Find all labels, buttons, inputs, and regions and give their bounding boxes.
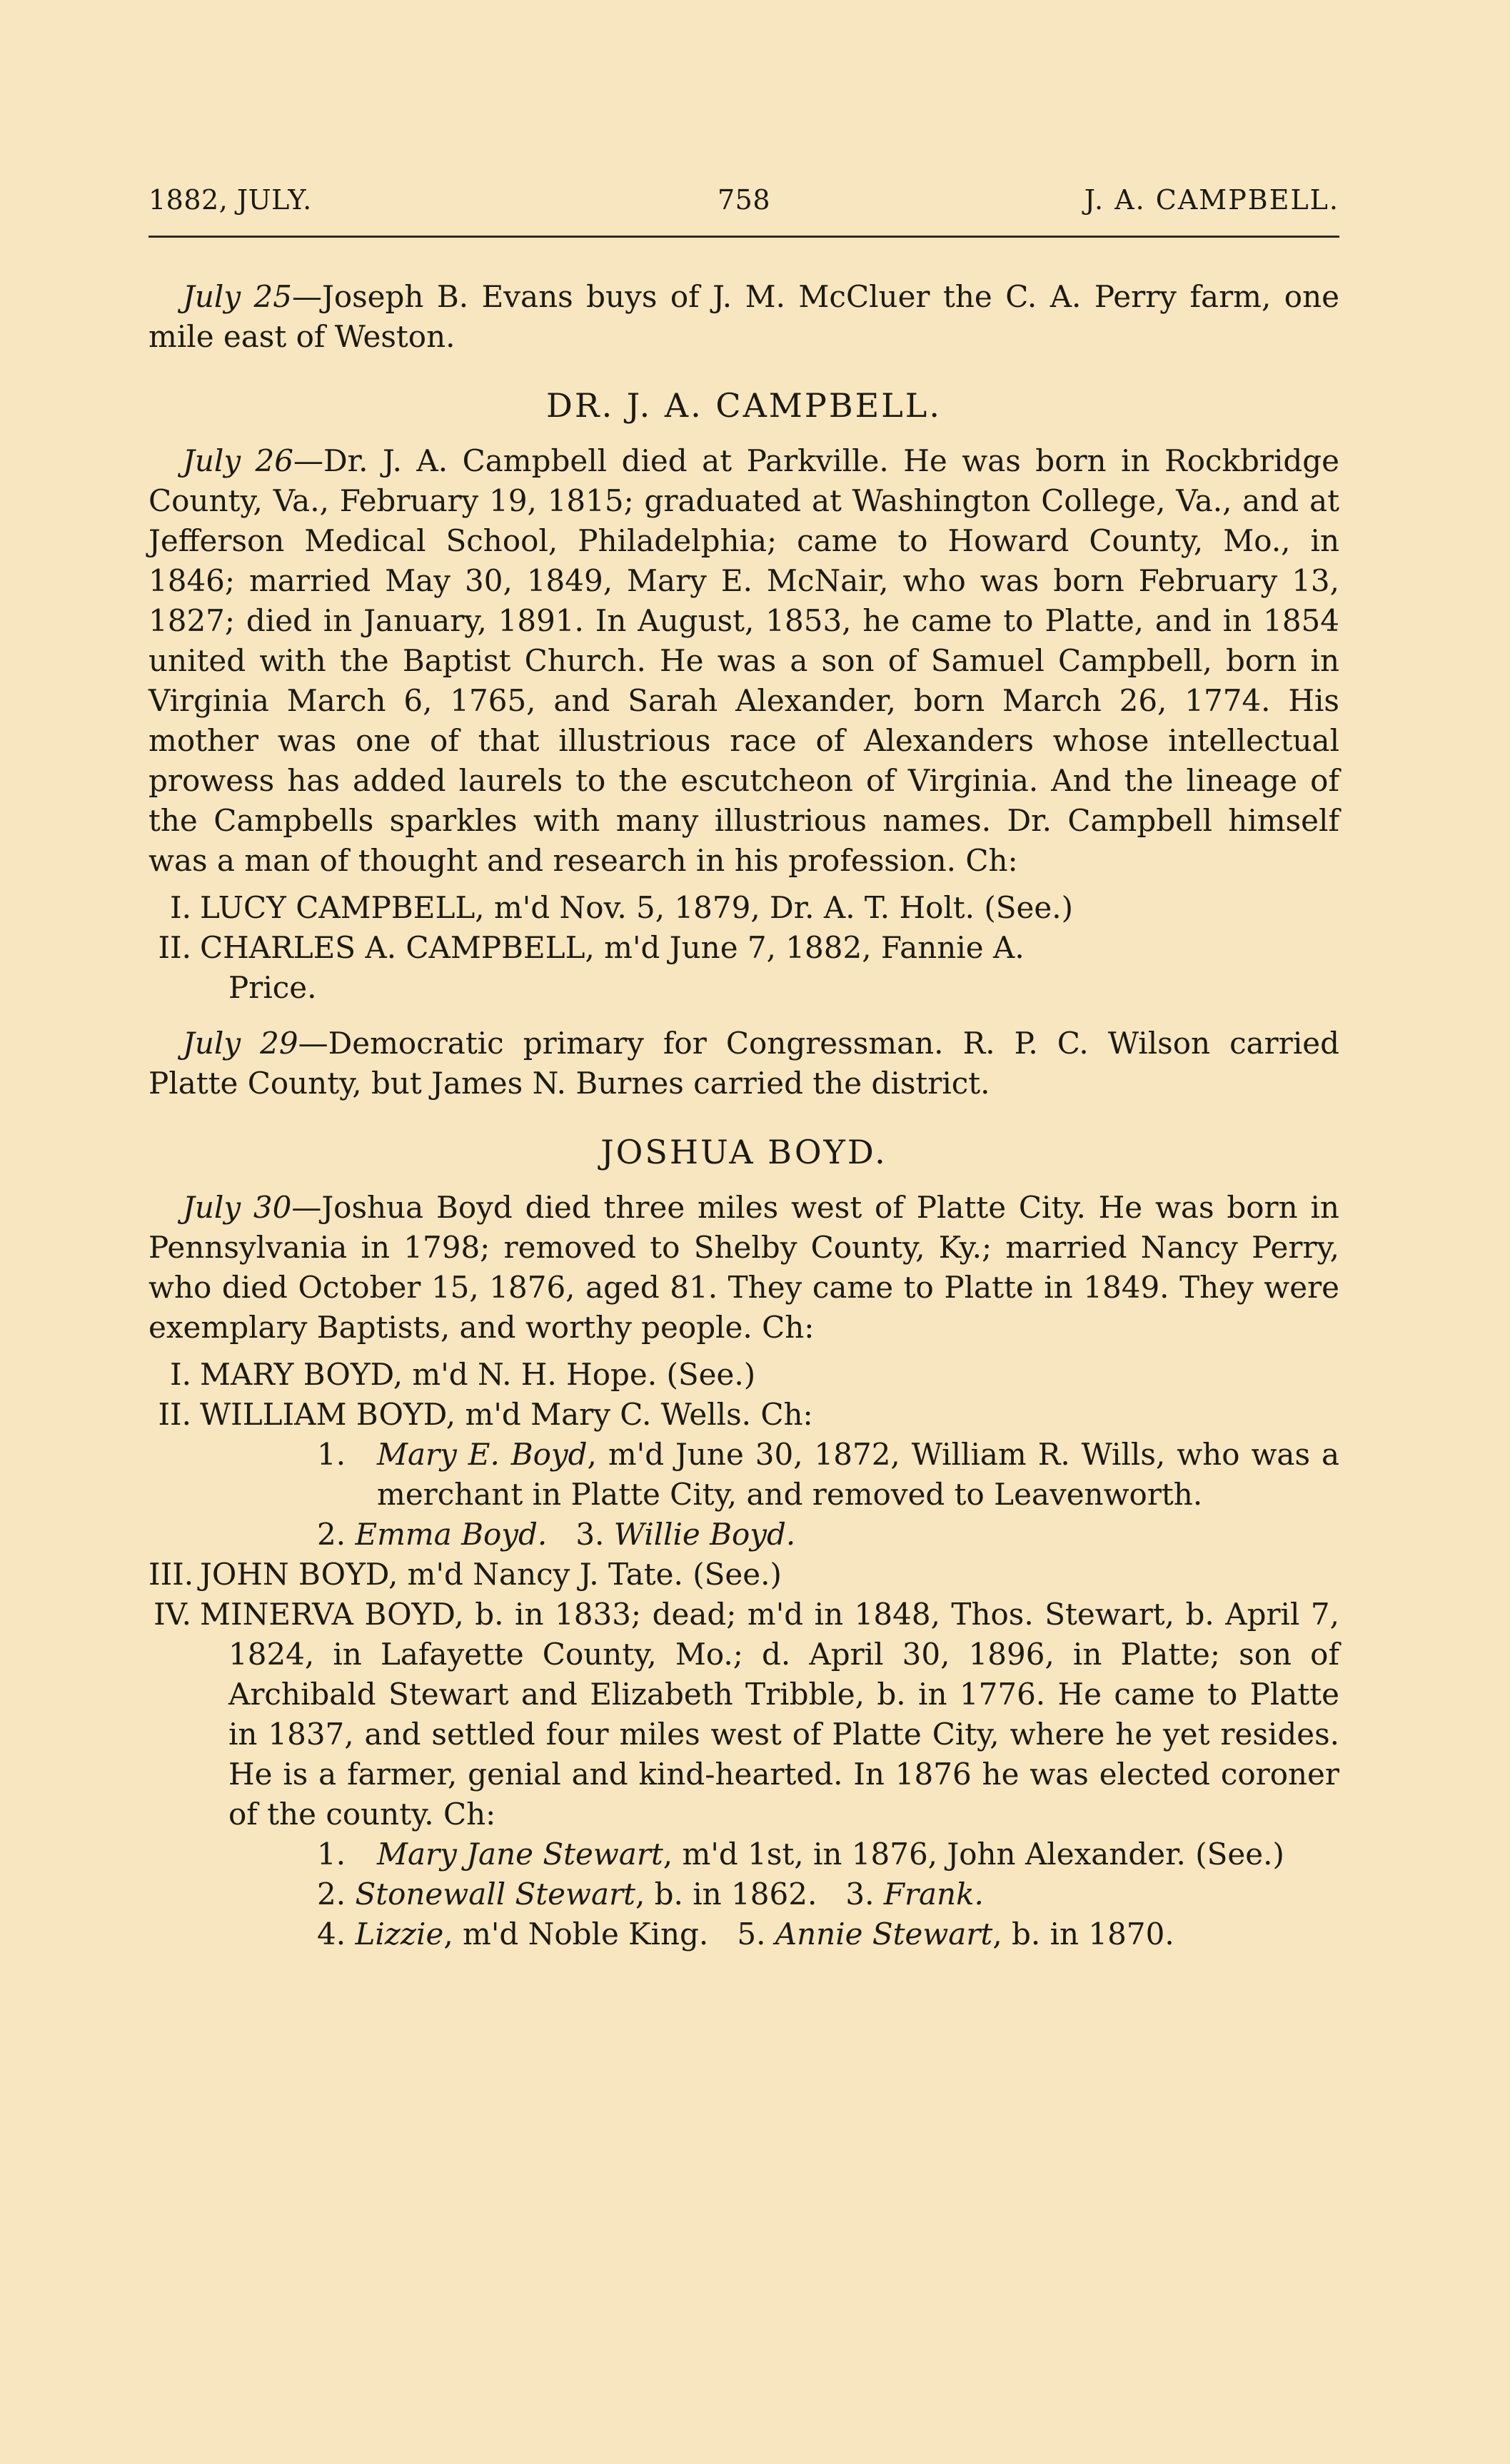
child-text: LUCY CAMPBELL, m'd Nov. 5, 1879, Dr. A. … — [200, 890, 1073, 925]
entry-text: —Democratic primary for Congressman. R. … — [149, 1026, 1339, 1101]
grandchild-text: , m'd 1st, in 1876, John Alexander. (See… — [663, 1837, 1284, 1872]
child-text: MARY BOYD, m'd N. H. Hope. (See.) — [200, 1357, 755, 1392]
page-body: July 25—Joseph B. Evans buys of J. M. Mc… — [149, 277, 1339, 1954]
section-heading-boyd: JOSHUA BOYD. — [149, 1132, 1339, 1172]
entry-date: July 25 — [183, 279, 292, 314]
grandchild-name: Mary Jane Stewart — [377, 1837, 663, 1872]
grandchild-text: , m'd Noble King. — [443, 1917, 708, 1951]
grandchild-name: Annie Stewart — [775, 1917, 993, 1951]
roman-numeral: IV. — [149, 1595, 191, 1635]
grandchild-text: , b. in 1870. — [992, 1917, 1174, 1951]
grandchild-entry-line: 2. Emma Boyd. 3. Willie Boyd. — [149, 1515, 1339, 1555]
grandchild-entry-line: 2. Stonewall Stewart, b. in 1862. 3. Fra… — [149, 1874, 1339, 1914]
child-text: WILLIAM BOYD, m'd Mary C. Wells. Ch: — [200, 1397, 813, 1432]
child-entry: I.LUCY CAMPBELL, m'd Nov. 5, 1879, Dr. A… — [149, 888, 1339, 928]
entry-text: —Dr. J. A. Campbell died at Parkville. H… — [149, 443, 1339, 878]
entry-date: July 26 — [183, 443, 293, 478]
grandchild-name: Mary E. Boyd — [377, 1437, 588, 1472]
list-number: 3. — [575, 1517, 604, 1552]
running-head: 1882, JULY. 758 J. A. CAMPBELL. — [149, 184, 1339, 227]
entry-july-25: July 25—Joseph B. Evans buys of J. M. Mc… — [149, 277, 1339, 357]
entry-date: July 30 — [183, 1190, 291, 1225]
running-head-subject: J. A. CAMPBELL. — [1084, 184, 1339, 216]
roman-numeral: II. — [149, 1395, 191, 1435]
grandchild-entry: 1.Mary Jane Stewart, m'd 1st, in 1876, J… — [149, 1834, 1339, 1874]
list-number: 2. — [317, 1517, 346, 1552]
grandchild-name: Lizzie — [355, 1917, 443, 1951]
grandchild-name: Emma Boyd. — [355, 1517, 547, 1552]
child-entry-continuation: Price. — [149, 968, 1339, 1008]
child-entry: I.MARY BOYD, m'd N. H. Hope. (See.) — [149, 1355, 1339, 1395]
section-heading-campbell: DR. J. A. CAMPBELL. — [149, 385, 1339, 425]
list-number: 5. — [737, 1917, 765, 1951]
entry-july-26: July 26—Dr. J. A. Campbell died at Parkv… — [149, 441, 1339, 881]
list-number: 2. — [317, 1877, 346, 1912]
entry-text: —Joseph B. Evans buys of J. M. McCluer t… — [149, 279, 1339, 354]
child-entry: II.CHARLES A. CAMPBELL, m'd June 7, 1882… — [149, 928, 1339, 968]
entry-july-30: July 30—Joshua Boyd died three miles wes… — [149, 1188, 1339, 1348]
entry-july-29: July 29—Democratic primary for Congressm… — [149, 1024, 1339, 1104]
child-entry: II.WILLIAM BOYD, m'd Mary C. Wells. Ch: — [149, 1395, 1339, 1435]
roman-numeral: III. — [149, 1555, 191, 1595]
grandchild-text: , b. in 1862. — [635, 1877, 817, 1912]
grandchild-name: Frank. — [884, 1877, 984, 1912]
roman-numeral: II. — [149, 928, 191, 968]
entry-date: July 29 — [183, 1026, 298, 1061]
grandchild-entry-line: 4. Lizzie, m'd Noble King. 5. Annie Stew… — [149, 1914, 1339, 1954]
grandchild-entry: 1.Mary E. Boyd, m'd June 30, 1872, Willi… — [149, 1435, 1339, 1515]
child-entry: IV.MINERVA BOYD, b. in 1833; dead; m'd i… — [149, 1595, 1339, 1834]
child-text: MINERVA BOYD, b. in 1833; dead; m'd in 1… — [200, 1597, 1339, 1832]
list-number: 1. — [317, 1435, 346, 1475]
roman-numeral: I. — [149, 1355, 191, 1395]
list-number: 3. — [845, 1877, 874, 1912]
child-text: JOHN BOYD, m'd Nancy J. Tate. (See.) — [200, 1557, 782, 1592]
grandchild-name: Willie Boyd. — [614, 1517, 795, 1552]
list-number: 1. — [317, 1834, 346, 1874]
child-text: CHARLES A. CAMPBELL, m'd June 7, 1882, F… — [200, 930, 1025, 965]
entry-text: —Joshua Boyd died three miles west of Pl… — [149, 1190, 1339, 1345]
header-rule — [149, 236, 1339, 238]
roman-numeral: I. — [149, 888, 191, 928]
child-entry: III.JOHN BOYD, m'd Nancy J. Tate. (See.) — [149, 1555, 1339, 1595]
list-number: 4. — [317, 1917, 346, 1951]
grandchild-name: Stonewall Stewart — [355, 1877, 635, 1912]
